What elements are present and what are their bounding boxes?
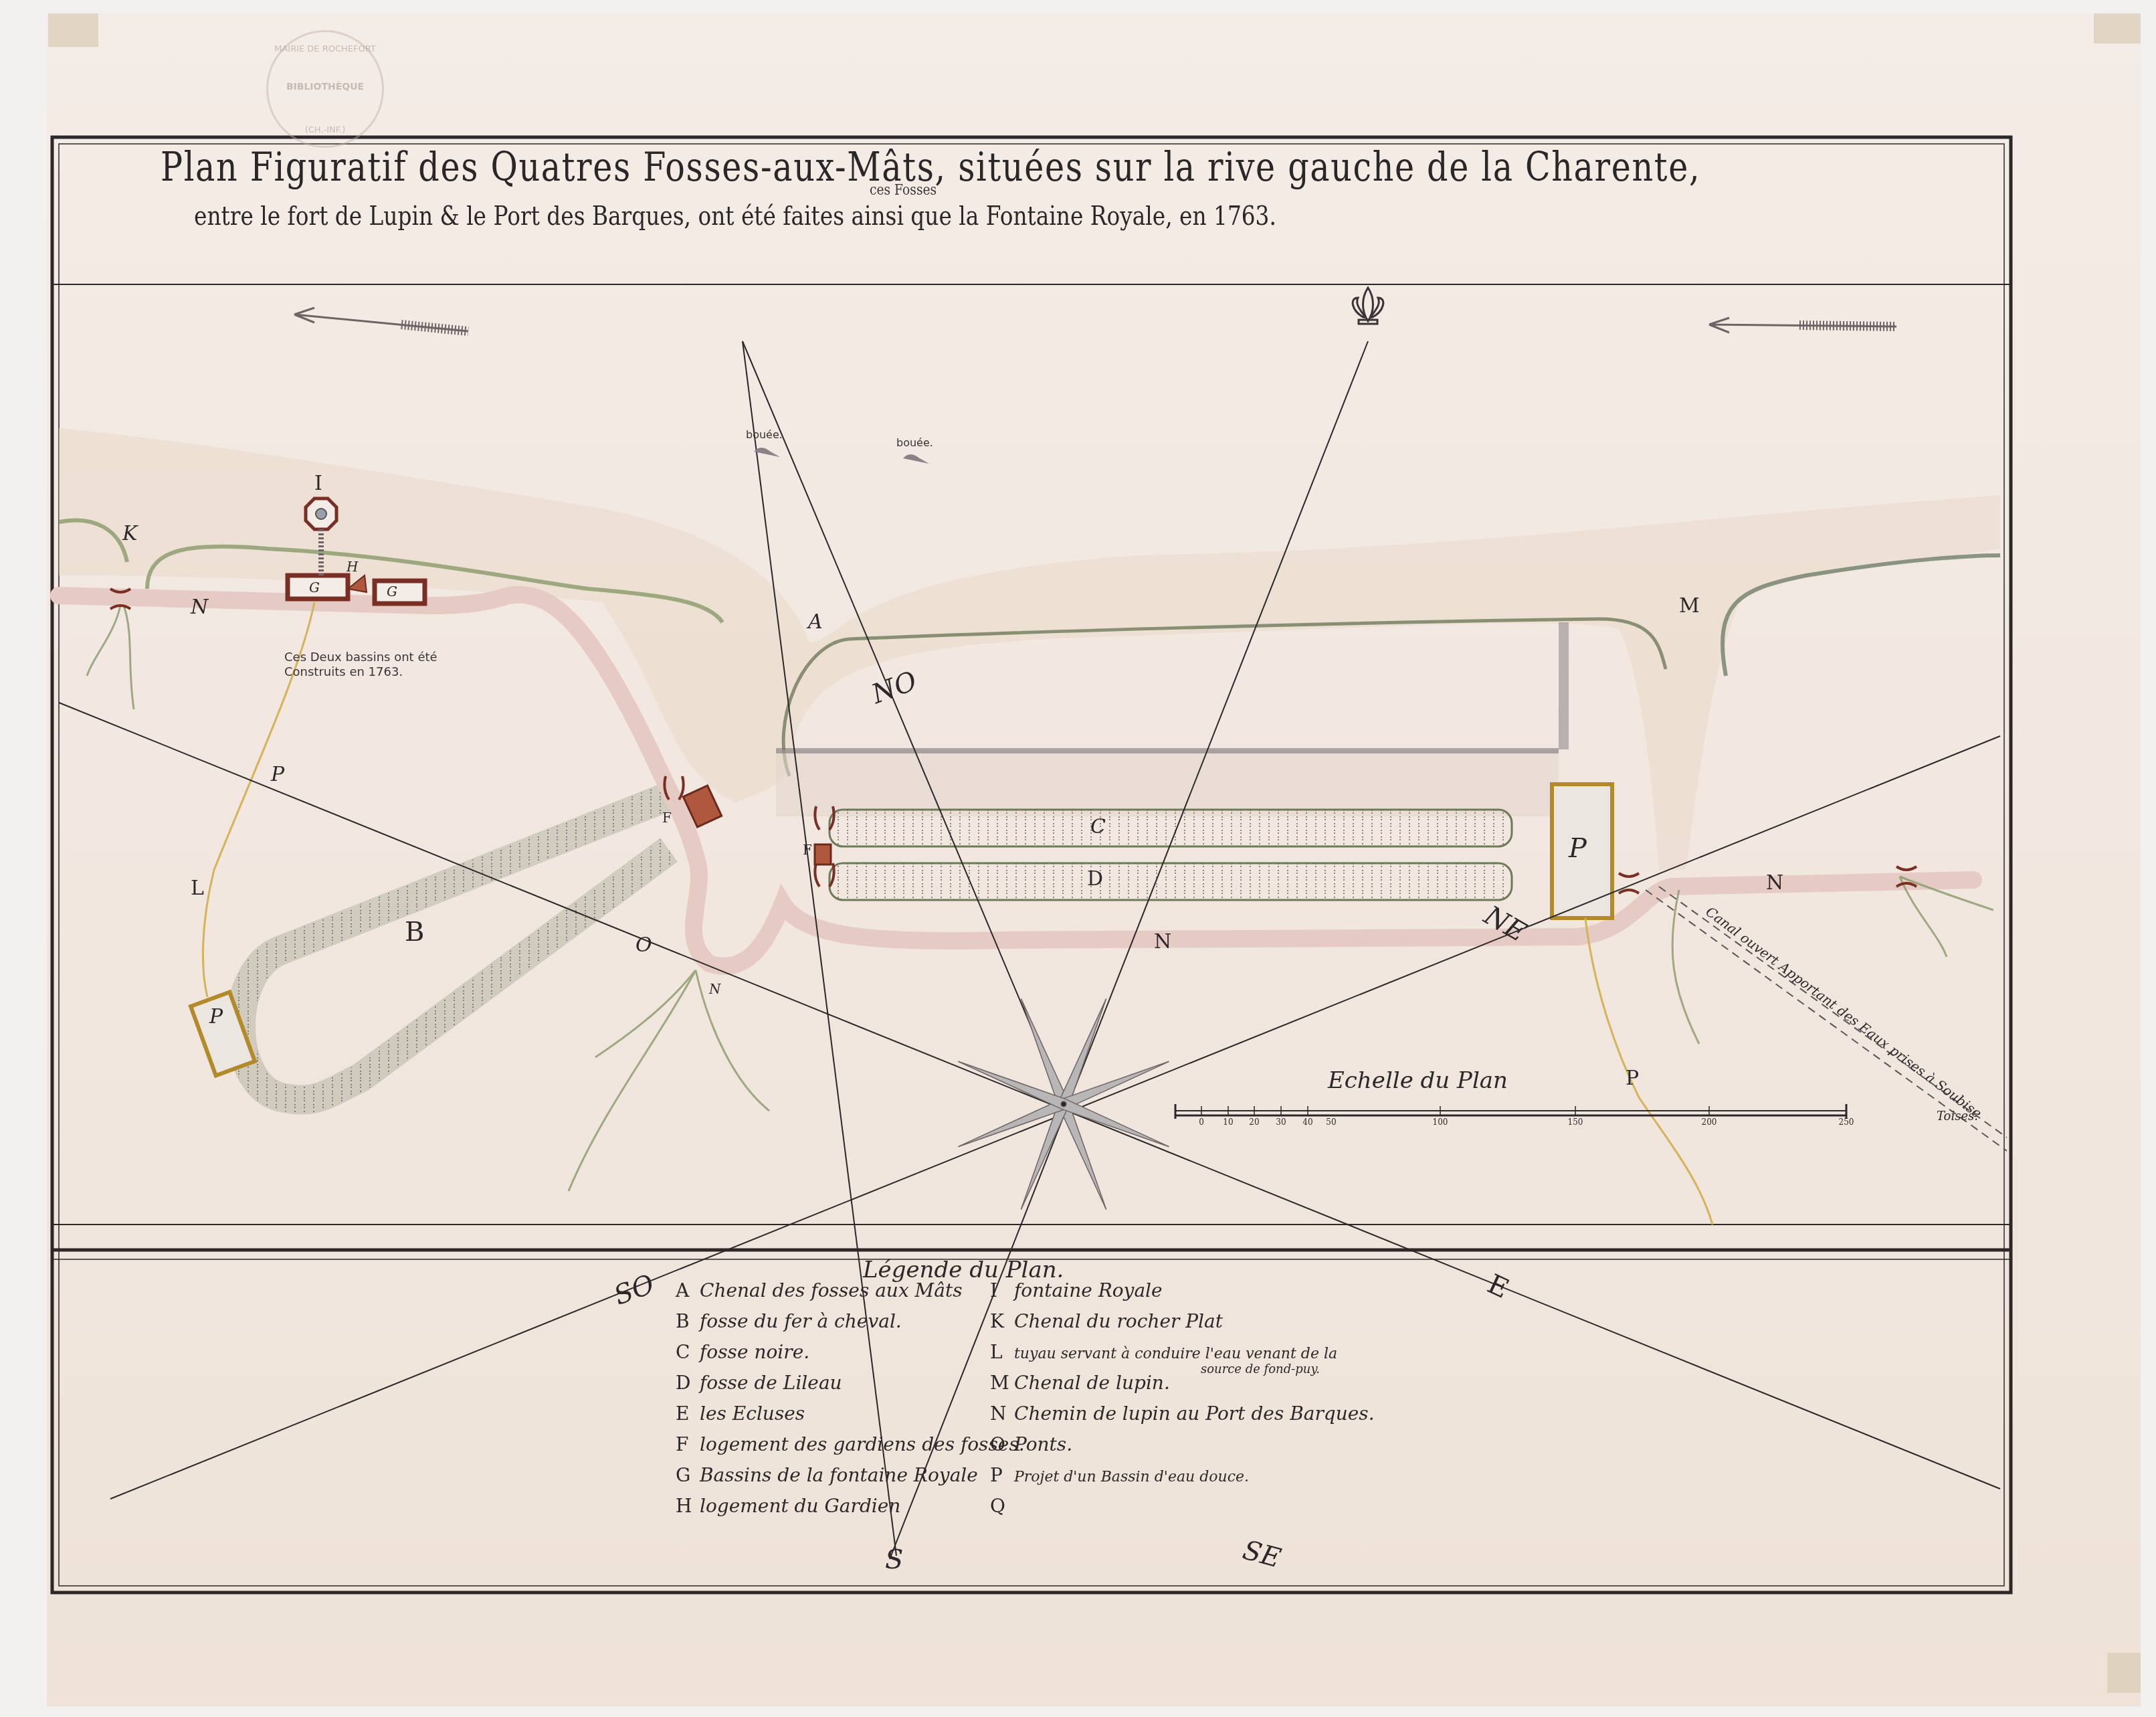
legend-key: G: [676, 1464, 700, 1486]
compass-rose: [956, 996, 1171, 1211]
legend-text: Projet d'un Bassin d'eau douce.: [1014, 1469, 1249, 1485]
legend-key: P: [990, 1464, 1014, 1486]
scale-tick: 0: [1199, 1117, 1204, 1127]
label-b: B: [405, 917, 424, 947]
legend-key: Q: [990, 1495, 1014, 1517]
scale-unit: Toises.: [1937, 1109, 1978, 1123]
fosse-d: [829, 863, 1512, 900]
buoy-label-1: bouée.: [746, 428, 783, 441]
legend-item: GBassins de la fontaine Royale: [676, 1464, 1025, 1495]
legend-text: Chenal du rocher Plat: [1014, 1310, 1223, 1332]
legend-text: fontaine Royale: [1014, 1279, 1163, 1301]
legend-key: M: [990, 1372, 1014, 1394]
legend-l-continuation: source de fond-puy.: [1201, 1362, 1320, 1376]
fleur-de-lis-icon: [1353, 288, 1383, 324]
basins-note-line-2: Construits en 1763.: [284, 665, 437, 680]
legend-item: Cfosse noire.: [676, 1341, 1025, 1372]
label-f1: F: [662, 810, 672, 826]
legend-text: fosse noire.: [700, 1341, 809, 1363]
label-d: D: [1087, 867, 1103, 891]
legend-right-column: Ifontaine Royale KChenal du rocher Plat …: [990, 1279, 1375, 1526]
label-g1: G: [309, 579, 320, 596]
legend-left-column: AChenal des fosses aux Mâts Bfosse du fe…: [676, 1279, 1025, 1526]
label-n3: N: [1154, 930, 1171, 954]
scale-tick: 200: [1702, 1117, 1717, 1127]
basins-note: Ces Deux bassins ont été Construits en 1…: [284, 650, 437, 680]
legend-text: fosse de Lileau: [700, 1372, 842, 1394]
legend-text: logement du Gardien: [700, 1495, 900, 1517]
legend-item: Eles Ecluses: [676, 1403, 1025, 1433]
scale-tick: 250: [1839, 1117, 1854, 1127]
label-h: H: [347, 559, 358, 575]
scale-tick: 100: [1433, 1117, 1448, 1127]
legend-text: logement des gardiens des fosses.: [700, 1433, 1025, 1455]
map-subtitle: entre le fort de Lupin & le Port des Bar…: [194, 201, 1276, 232]
legend-key: H: [676, 1495, 700, 1517]
label-a: A: [808, 610, 823, 634]
legend-key: C: [676, 1341, 700, 1363]
legend-key: E: [676, 1403, 700, 1425]
legend-text: les Ecluses: [700, 1403, 805, 1425]
label-c: C: [1090, 815, 1106, 838]
legend-text: fosse du fer à cheval.: [700, 1310, 902, 1332]
basins-note-line-1: Ces Deux bassins ont été: [284, 650, 437, 665]
legend-key: K: [990, 1310, 1014, 1332]
fosse-b: [241, 796, 669, 1100]
title-insertion: ces Fosses: [870, 182, 937, 199]
scale-tick: 150: [1568, 1117, 1583, 1127]
scale-tick: 50: [1326, 1117, 1336, 1127]
legend-item: Flogement des gardiens des fosses.: [676, 1433, 1025, 1464]
label-o: O: [635, 933, 652, 957]
legend-key: A: [676, 1279, 700, 1301]
scale-tick: 10: [1223, 1117, 1233, 1127]
scale-tick: 40: [1302, 1117, 1312, 1127]
label-n4: N: [1766, 871, 1783, 895]
legend-key: B: [676, 1310, 700, 1332]
legend-item: PProjet d'un Bassin d'eau douce.: [990, 1464, 1375, 1495]
scale-tick: 30: [1276, 1117, 1286, 1127]
buoy-icons: [754, 448, 929, 464]
scale-title: Echelle du Plan: [1328, 1067, 1508, 1094]
stamp-line-2: BIBLIOTHÈQUE: [268, 82, 382, 92]
label-f2: F: [803, 842, 812, 858]
fosse-c: [829, 810, 1512, 846]
buoy-label-2: bouée.: [896, 436, 933, 449]
legend-key: N: [990, 1403, 1014, 1425]
label-p1: P: [271, 763, 284, 786]
label-g2: G: [387, 583, 397, 600]
label-p4: P: [1626, 1067, 1639, 1090]
legend-item: Ifontaine Royale: [990, 1279, 1375, 1310]
legend-text: Chenal de lupin.: [1014, 1372, 1170, 1394]
label-i: I: [314, 472, 322, 495]
scale-tick: 20: [1249, 1117, 1259, 1127]
label-k: K: [122, 522, 137, 545]
legend-key: I: [990, 1279, 1014, 1301]
legend-item: AChenal des fosses aux Mâts: [676, 1279, 1025, 1310]
legend-text: Chemin de lupin au Port des Barques.: [1014, 1403, 1375, 1425]
label-n2: N: [709, 981, 721, 997]
legend-text: Chenal des fosses aux Mâts: [700, 1279, 963, 1301]
legend-item: Q: [990, 1495, 1375, 1526]
legend-item: NChemin de lupin au Port des Barques.: [990, 1403, 1375, 1433]
label-p2: P: [209, 1005, 223, 1028]
legend-item: Bfosse du fer à cheval.: [676, 1310, 1025, 1341]
legend-key: F: [676, 1433, 700, 1455]
legend-item: KChenal du rocher Plat: [990, 1310, 1375, 1341]
legend-item: OPonts.: [990, 1433, 1375, 1464]
label-p3: P: [1569, 833, 1587, 864]
legend-item: Dfosse de Lileau: [676, 1372, 1025, 1403]
current-arrows: [294, 308, 1896, 333]
legend-item: Hlogement du Gardien: [676, 1495, 1025, 1526]
legend-text: Bassins de la fontaine Royale: [700, 1464, 978, 1486]
scale-bar: [1175, 1104, 1846, 1119]
legend-text: Ponts.: [1014, 1433, 1072, 1455]
legend-key: L: [990, 1341, 1014, 1363]
compass-label-s: S: [885, 1544, 903, 1575]
legend-key: D: [676, 1372, 700, 1394]
label-l: L: [191, 877, 204, 900]
label-n1: N: [191, 596, 208, 619]
legend-key: O: [990, 1433, 1014, 1455]
stamp-line-1: MAIRIE DE ROCHEFORT: [268, 44, 382, 54]
stamp-line-3: (CH.-INF.): [268, 125, 382, 135]
label-m: M: [1679, 594, 1700, 618]
library-stamp: MAIRIE DE ROCHEFORT BIBLIOTHÈQUE (CH.-IN…: [266, 30, 384, 148]
legend-text: tuyau servant à conduire l'eau venant de…: [1014, 1346, 1337, 1362]
